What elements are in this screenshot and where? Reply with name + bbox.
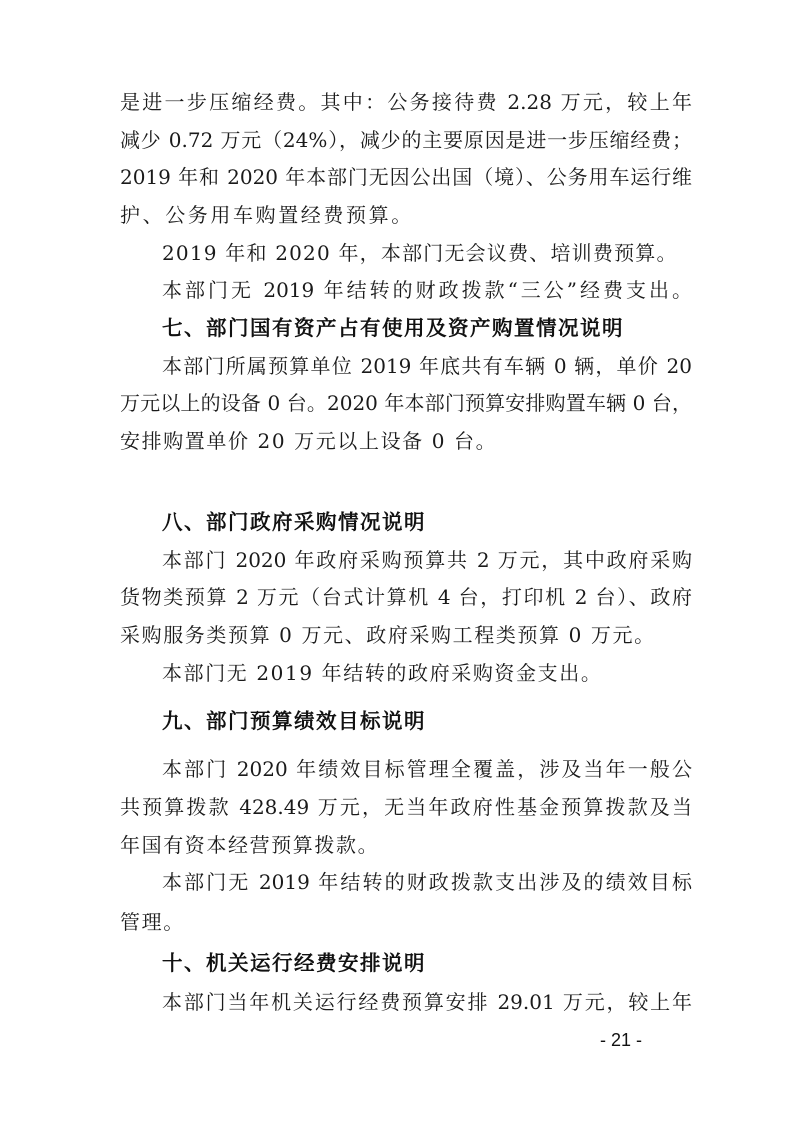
body-line: 万元以上的设备 0 台。2020 年本部门预算安排购置车辆 0 台， [120, 391, 692, 415]
body-line: 共预算拨款 428.49 万元，无当年政府性基金预算拨款及当 [120, 795, 692, 819]
section-heading-7: 七、部门国有资产占有使用及资产购置情况说明 [162, 316, 624, 340]
section-heading-10: 十、机关运行经费安排说明 [162, 951, 426, 975]
body-line: 本部门当年机关运行经费预算安排 29.01 万元，较上年 [162, 990, 692, 1014]
body-paragraph: 本部门无 2019 年结转的政府采购资金支出。 [162, 661, 602, 685]
body-line: 护、公务用车购置经费预算。 [120, 203, 414, 227]
page-number: - 21 - [600, 1030, 642, 1051]
body-line: 是进一步压缩经费。其中：公务接待费 2.28 万元，较上年 [120, 90, 692, 114]
body-line: 本部门所属预算单位 2019 年底共有车辆 0 辆，单价 20 [162, 354, 692, 378]
body-paragraph: 本部门无 2019 年结转的财政拨款“三公”经费支出。 [162, 278, 692, 302]
body-line: 本部门 2020 年绩效目标管理全覆盖，涉及当年一般公 [162, 757, 692, 781]
body-line: 管理。 [120, 910, 185, 934]
section-heading-9: 九、部门预算绩效目标说明 [162, 709, 426, 733]
body-line: 年国有资本经营预算拨款。 [120, 833, 379, 857]
body-line: 2019 年和 2020 年本部门无因公出国（境）、公务用车运行维 [120, 165, 692, 189]
section-heading-8: 八、部门政府采购情况说明 [162, 510, 426, 534]
body-line: 本部门无 2019 年结转的财政拨款支出涉及的绩效目标 [162, 870, 692, 894]
body-line: 采购服务类预算 0 万元、政府采购工程类预算 0 万元。 [120, 623, 656, 647]
body-paragraph: 2019 年和 2020 年，本部门无会议费、培训费预算。 [162, 241, 678, 265]
body-line: 货物类预算 2 万元（台式计算机 4 台，打印机 2 台）、政府 [120, 585, 692, 609]
body-line: 安排购置单价 20 万元以上设备 0 台。 [120, 429, 497, 453]
body-line: 减少 0.72 万元（24%），减少的主要原因是进一步压缩经费； [120, 128, 692, 152]
body-line: 本部门 2020 年政府采购预算共 2 万元，其中政府采购 [162, 548, 692, 572]
